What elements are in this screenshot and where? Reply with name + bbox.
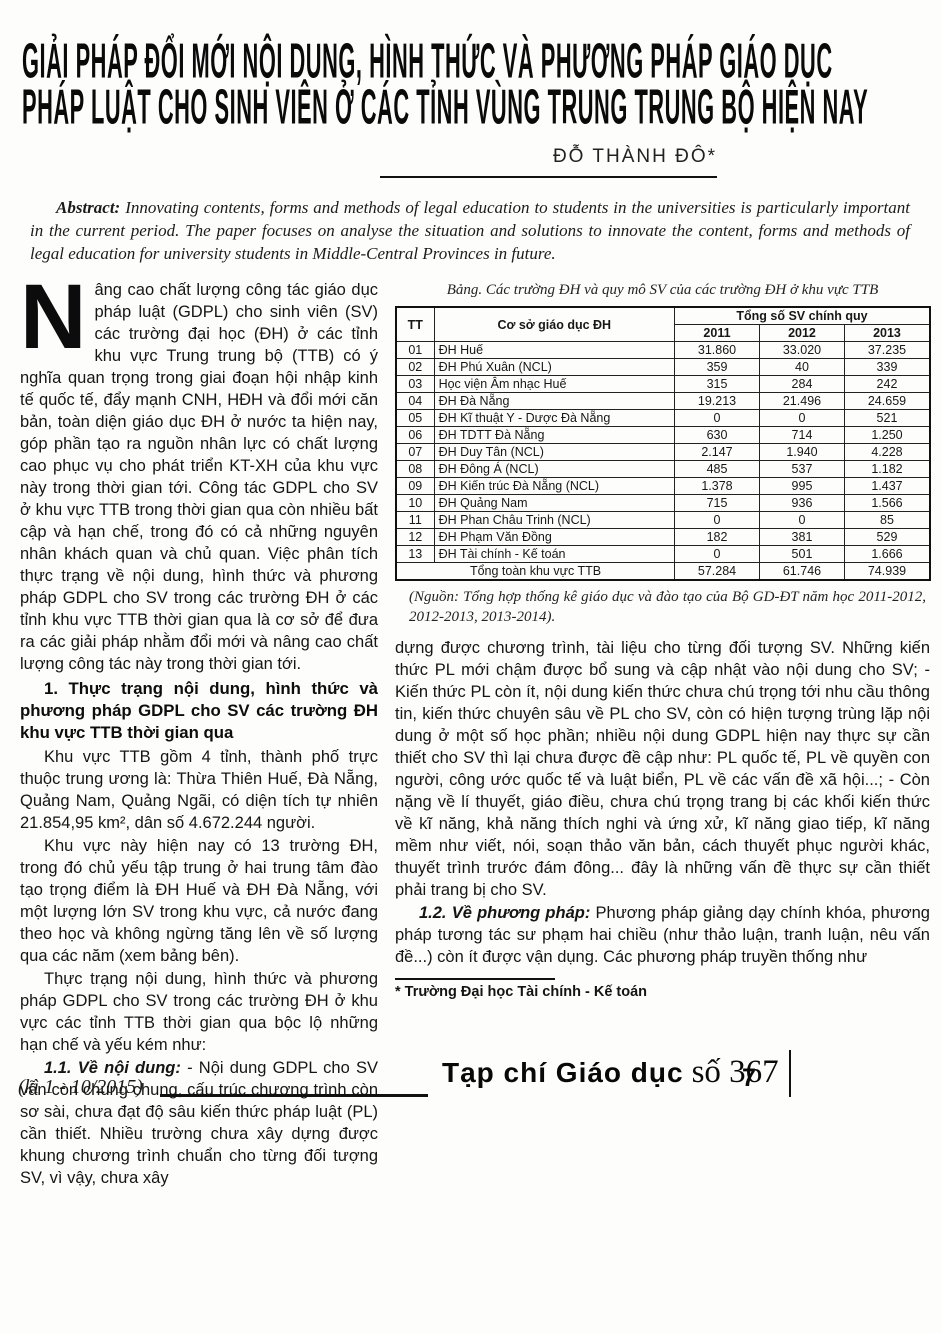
- table-row: 06ĐH TDTT Đà Nẵng6307141.250: [396, 427, 930, 444]
- author-block: ĐỖ THÀNH ĐÔ*: [380, 146, 717, 178]
- table-row: 03Học viện Âm nhạc Huế315284242: [396, 376, 930, 393]
- footnote-rule: [395, 978, 555, 980]
- table-row: 09ĐH Kiến trúc Đà Nẵng (NCL)1.3789951.43…: [396, 478, 930, 495]
- col-header-2013: 2013: [844, 325, 930, 342]
- table-row: 07ĐH Duy Tân (NCL)2.1471.9404.228: [396, 444, 930, 461]
- table-row: 02ĐH Phú Xuân (NCL)35940339: [396, 359, 930, 376]
- col-header-tt: TT: [396, 307, 434, 342]
- paragraph-1: Nâng cao chất lượng công tác giáo dục ph…: [20, 279, 378, 675]
- total-label: Tổng toàn khu vực TTB: [396, 563, 675, 581]
- table-total-row: Tổng toàn khu vực TTB 57.284 61.746 74.9…: [396, 563, 930, 581]
- col-header-2011: 2011: [675, 325, 760, 342]
- table-row: 05ĐH Kĩ thuật Y - Dược Đà Nẵng00521: [396, 410, 930, 427]
- paragraph-6: dựng được chương trình, tài liệu cho từn…: [395, 637, 930, 901]
- col-header-institution: Cơ sở giáo dục ĐH: [434, 307, 674, 342]
- paragraph-2: Khu vực TTB gồm 4 tỉnh, thành phố trực t…: [20, 746, 378, 834]
- abstract-label: Abstract:: [56, 198, 120, 217]
- sv-table-body: 01ĐH Huế31.86033.02037.23502ĐH Phú Xuân …: [396, 342, 930, 563]
- total-2011: 57.284: [675, 563, 760, 581]
- table-caption: Bảng. Các trường ĐH và quy mô SV của các…: [425, 281, 900, 300]
- footnote: * Trường Đại học Tài chính - Kế toán: [395, 978, 930, 1001]
- table-row: 11ĐH Phan Châu Trinh (NCL)0085: [396, 512, 930, 529]
- sv-table: TT Cơ sở giáo dục ĐH Tổng số SV chính qu…: [395, 306, 931, 581]
- abstract: Abstract: Innovating contents, forms and…: [30, 196, 910, 265]
- section-heading-1: 1. Thực trạng nội dung, hình thức và phư…: [20, 678, 378, 744]
- sv-table-header: TT Cơ sở giáo dục ĐH Tổng số SV chính qu…: [396, 307, 930, 342]
- page-number: 7: [742, 1064, 756, 1093]
- sv-table-footer: Tổng toàn khu vực TTB 57.284 61.746 74.9…: [396, 563, 930, 581]
- footnote-text: * Trường Đại học Tài chính - Kế toán: [395, 983, 930, 1001]
- paragraph-7: 1.2. Về phương pháp: Phương pháp giảng d…: [395, 902, 930, 968]
- article-title: GIẢI PHÁP ĐỔI MỚI NỘI DUNG, HÌNH THỨC VÀ…: [0, 0, 942, 130]
- total-2013: 74.939: [844, 563, 930, 581]
- table-row: 08ĐH Đông Á (NCL)4855371.182: [396, 461, 930, 478]
- page-footer: (kì 1 - 10/2015) Tạp chí Giáo dụcsố 367 …: [0, 1048, 942, 1118]
- col-header-2012: 2012: [759, 325, 844, 342]
- col-header-group: Tổng số SV chính quy: [675, 307, 931, 325]
- table-row: 13ĐH Tài chính - Kế toán05011.666: [396, 546, 930, 563]
- journal-box: Tạp chí Giáo dụcsố 367: [428, 1050, 791, 1097]
- journal-page: GIẢI PHÁP ĐỔI MỚI NỘI DUNG, HÌNH THỨC VÀ…: [0, 0, 942, 1333]
- paragraph-4: Thực trạng nội dung, hình thức và phương…: [20, 968, 378, 1056]
- journal-issue-number: số 367: [692, 1054, 779, 1090]
- total-2012: 61.746: [759, 563, 844, 581]
- article-title-line-2: PHÁP LUẬT CHO SINH VIÊN Ở CÁC TỈNH VÙNG …: [22, 80, 500, 134]
- table-row: 04ĐH Đà Nẵng19.21321.49624.659: [396, 393, 930, 410]
- journal-name: Tạp chí Giáo dục: [442, 1057, 684, 1088]
- table-row: 10ĐH Quảng Nam7159361.566: [396, 495, 930, 512]
- paragraph-3: Khu vực này hiện nay có 13 trường ĐH, tr…: [20, 835, 378, 967]
- abstract-text: Innovating contents, forms and methods o…: [30, 198, 910, 263]
- author-name: ĐỖ THÀNH ĐÔ*: [553, 146, 717, 167]
- subsection-1-2-label: 1.2. Về phương pháp:: [419, 904, 590, 922]
- table-row: 12ĐH Phạm Văn Đồng182381529: [396, 529, 930, 546]
- table-row: 01ĐH Huế31.86033.02037.235: [396, 342, 930, 359]
- drop-cap: N: [20, 279, 94, 353]
- table-source: (Nguồn: Tổng hợp thống kê giáo dục và đà…: [409, 587, 926, 627]
- issue-note: (kì 1 - 10/2015): [18, 1076, 143, 1099]
